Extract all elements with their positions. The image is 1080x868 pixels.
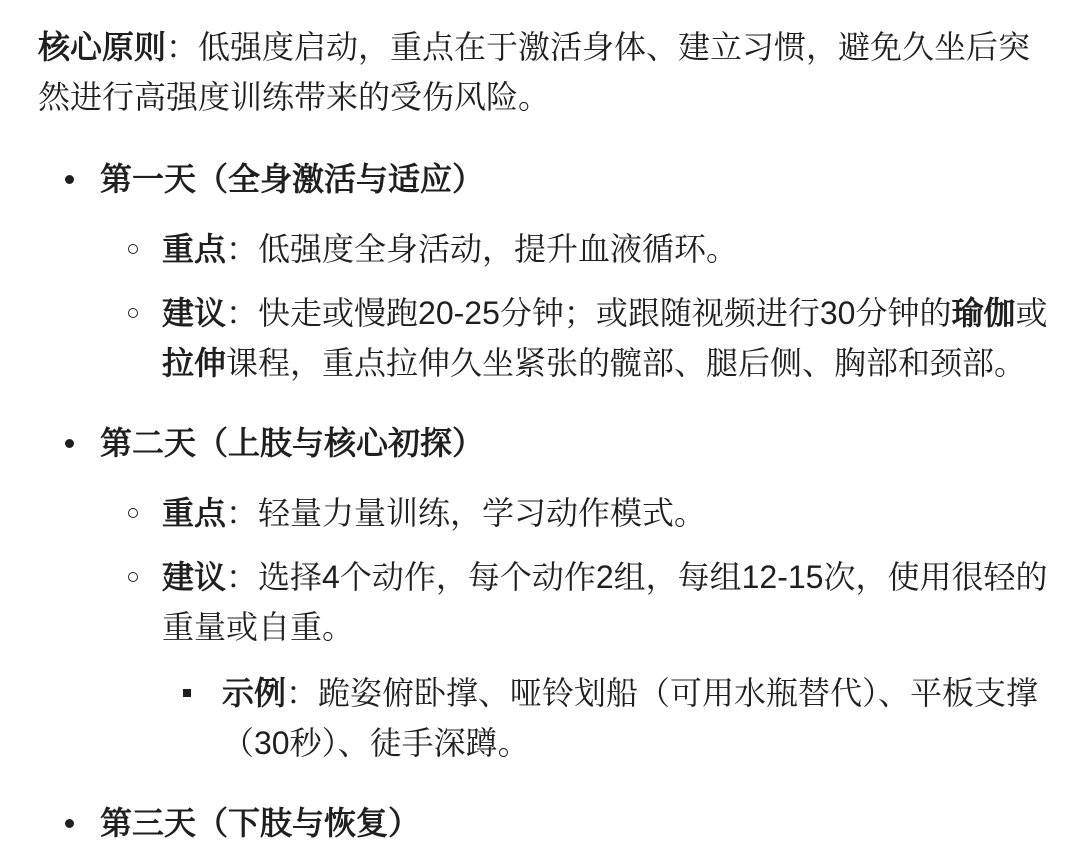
day-1-advice-item: 建议：快走或慢跑20-25分钟；或跟随视频进行30分钟的瑜伽或拉伸课程，重点拉伸…	[100, 288, 1062, 388]
day-1-title: 第一天（全身激活与适应）	[100, 161, 484, 197]
example-label: 示例	[222, 675, 286, 711]
day-2-example-list: 示例：跪姿俯卧撑、哑铃划船（可用水瓶替代）、平板支撑（30秒）、徒手深蹲。	[162, 668, 1062, 768]
advice-bold-yoga: 瑜伽	[951, 295, 1015, 331]
bullet-disc-icon	[65, 819, 74, 828]
day-2-focus-item: 重点：轻量力量训练，学习动作模式。	[100, 488, 1062, 538]
day-2-example-item: 示例：跪姿俯卧撑、哑铃划船（可用水瓶替代）、平板支撑（30秒）、徒手深蹲。	[162, 668, 1062, 768]
example-text: ：跪姿俯卧撑、哑铃划船（可用水瓶替代）、平板支撑（30秒）、徒手深蹲。	[222, 675, 1038, 761]
focus-text: ：低强度全身活动，提升血液循环。	[226, 231, 738, 267]
day-list: 第一天（全身激活与适应） 重点：低强度全身活动，提升血液循环。 建议：快走或慢跑…	[38, 154, 1062, 848]
bullet-circle-icon	[128, 508, 138, 518]
advice-bold-stretch: 拉伸	[162, 345, 226, 381]
day-2-detail-list: 重点：轻量力量训练，学习动作模式。 建议：选择4个动作，每个动作2组，每组12-…	[100, 488, 1062, 768]
day-item-3: 第三天（下肢与恢复）	[38, 798, 1062, 848]
intro-paragraph: 核心原则：低强度启动，重点在于激活身体、建立习惯，避免久坐后突然进行高强度训练带…	[38, 22, 1062, 122]
advice-text: ：选择4个动作，每个动作2组，每组12-15次，使用很轻的重量或自重。	[162, 559, 1047, 645]
bullet-circle-icon	[128, 244, 138, 254]
focus-label: 重点	[162, 495, 226, 531]
day-1-focus-item: 重点：低强度全身活动，提升血液循环。	[100, 224, 1062, 274]
day-2-advice-item: 建议：选择4个动作，每个动作2组，每组12-15次，使用很轻的重量或自重。 示例…	[100, 552, 1062, 768]
day-3-title: 第三天（下肢与恢复）	[100, 805, 420, 841]
bullet-disc-icon	[65, 175, 74, 184]
advice-text-2: 或	[1015, 295, 1047, 331]
day-2-title: 第二天（上肢与核心初探）	[100, 425, 484, 461]
focus-text: ：轻量力量训练，学习动作模式。	[226, 495, 706, 531]
bullet-circle-icon	[128, 572, 138, 582]
advice-text-3: 课程，重点拉伸久坐紧张的髋部、腿后侧、胸部和颈部。	[226, 345, 1026, 381]
day-1-detail-list: 重点：低强度全身活动，提升血液循环。 建议：快走或慢跑20-25分钟；或跟随视频…	[100, 224, 1062, 388]
bullet-disc-icon	[65, 439, 74, 448]
focus-label: 重点	[162, 231, 226, 267]
intro-lead: 核心原则	[38, 29, 166, 65]
day-item-1: 第一天（全身激活与适应） 重点：低强度全身活动，提升血液循环。 建议：快走或慢跑…	[38, 154, 1062, 388]
advice-label: 建议	[162, 295, 226, 331]
bullet-square-icon	[183, 689, 191, 697]
intro-text: ：低强度启动，重点在于激活身体、建立习惯，避免久坐后突然进行高强度训练带来的受伤…	[38, 29, 1030, 115]
day-item-2: 第二天（上肢与核心初探） 重点：轻量力量训练，学习动作模式。 建议：选择4个动作…	[38, 418, 1062, 768]
document-body: 核心原则：低强度启动，重点在于激活身体、建立习惯，避免久坐后突然进行高强度训练带…	[0, 0, 1062, 848]
bullet-circle-icon	[128, 308, 138, 318]
advice-label: 建议	[162, 559, 226, 595]
advice-text-1: ：快走或慢跑20-25分钟；或跟随视频进行30分钟的	[226, 295, 951, 331]
